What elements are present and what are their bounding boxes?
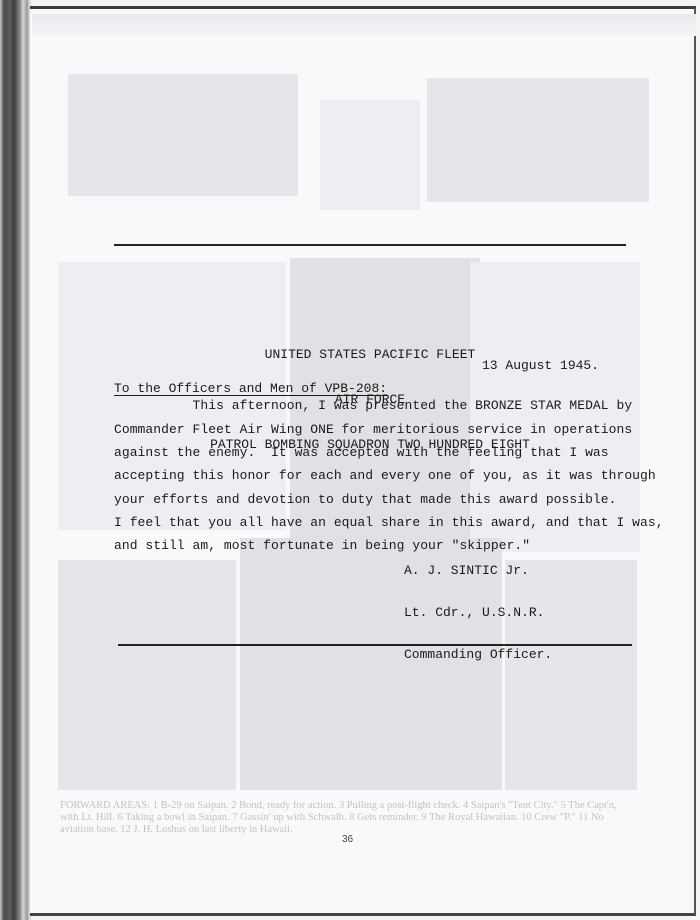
background-photo-3 [427, 78, 649, 202]
body-line-3: against the enemy. It was accepted with … [114, 445, 609, 460]
signature-rank: Lt. Cdr., U.S.N.R. [404, 606, 552, 620]
body-line-4: accepting this honor for each and every … [114, 468, 656, 483]
body-line-1: This afternoon, I was presented the BRON… [114, 398, 632, 413]
photo-caption: FORWARD AREAS: 1 B-29 on Saipan. 2 Bond,… [60, 800, 632, 836]
signature-title: Commanding Officer. [404, 648, 552, 662]
body-line-5: your efforts and devotion to duty that m… [114, 492, 616, 507]
signature-name: A. J. SINTIC Jr. [404, 564, 552, 578]
background-photo-7 [58, 560, 236, 790]
salutation: To the Officers and Men of VPB-208: [114, 381, 387, 396]
top-divider-line [114, 244, 626, 246]
letter-date: 13 August 1945. [482, 358, 599, 373]
bottom-divider-line [118, 644, 632, 646]
body-line-6: I feel that you all have an equal share … [114, 515, 664, 530]
book-binding [0, 0, 32, 920]
body-line-2: Commander Fleet Air Wing ONE for meritor… [114, 422, 632, 437]
background-photo-1 [68, 74, 298, 196]
page-top-band [32, 14, 696, 36]
background-photo-2 [320, 100, 420, 210]
signature-block: A. J. SINTIC Jr. Lt. Cdr., U.S.N.R. Comm… [404, 536, 552, 676]
page-number: 36 [342, 834, 353, 845]
